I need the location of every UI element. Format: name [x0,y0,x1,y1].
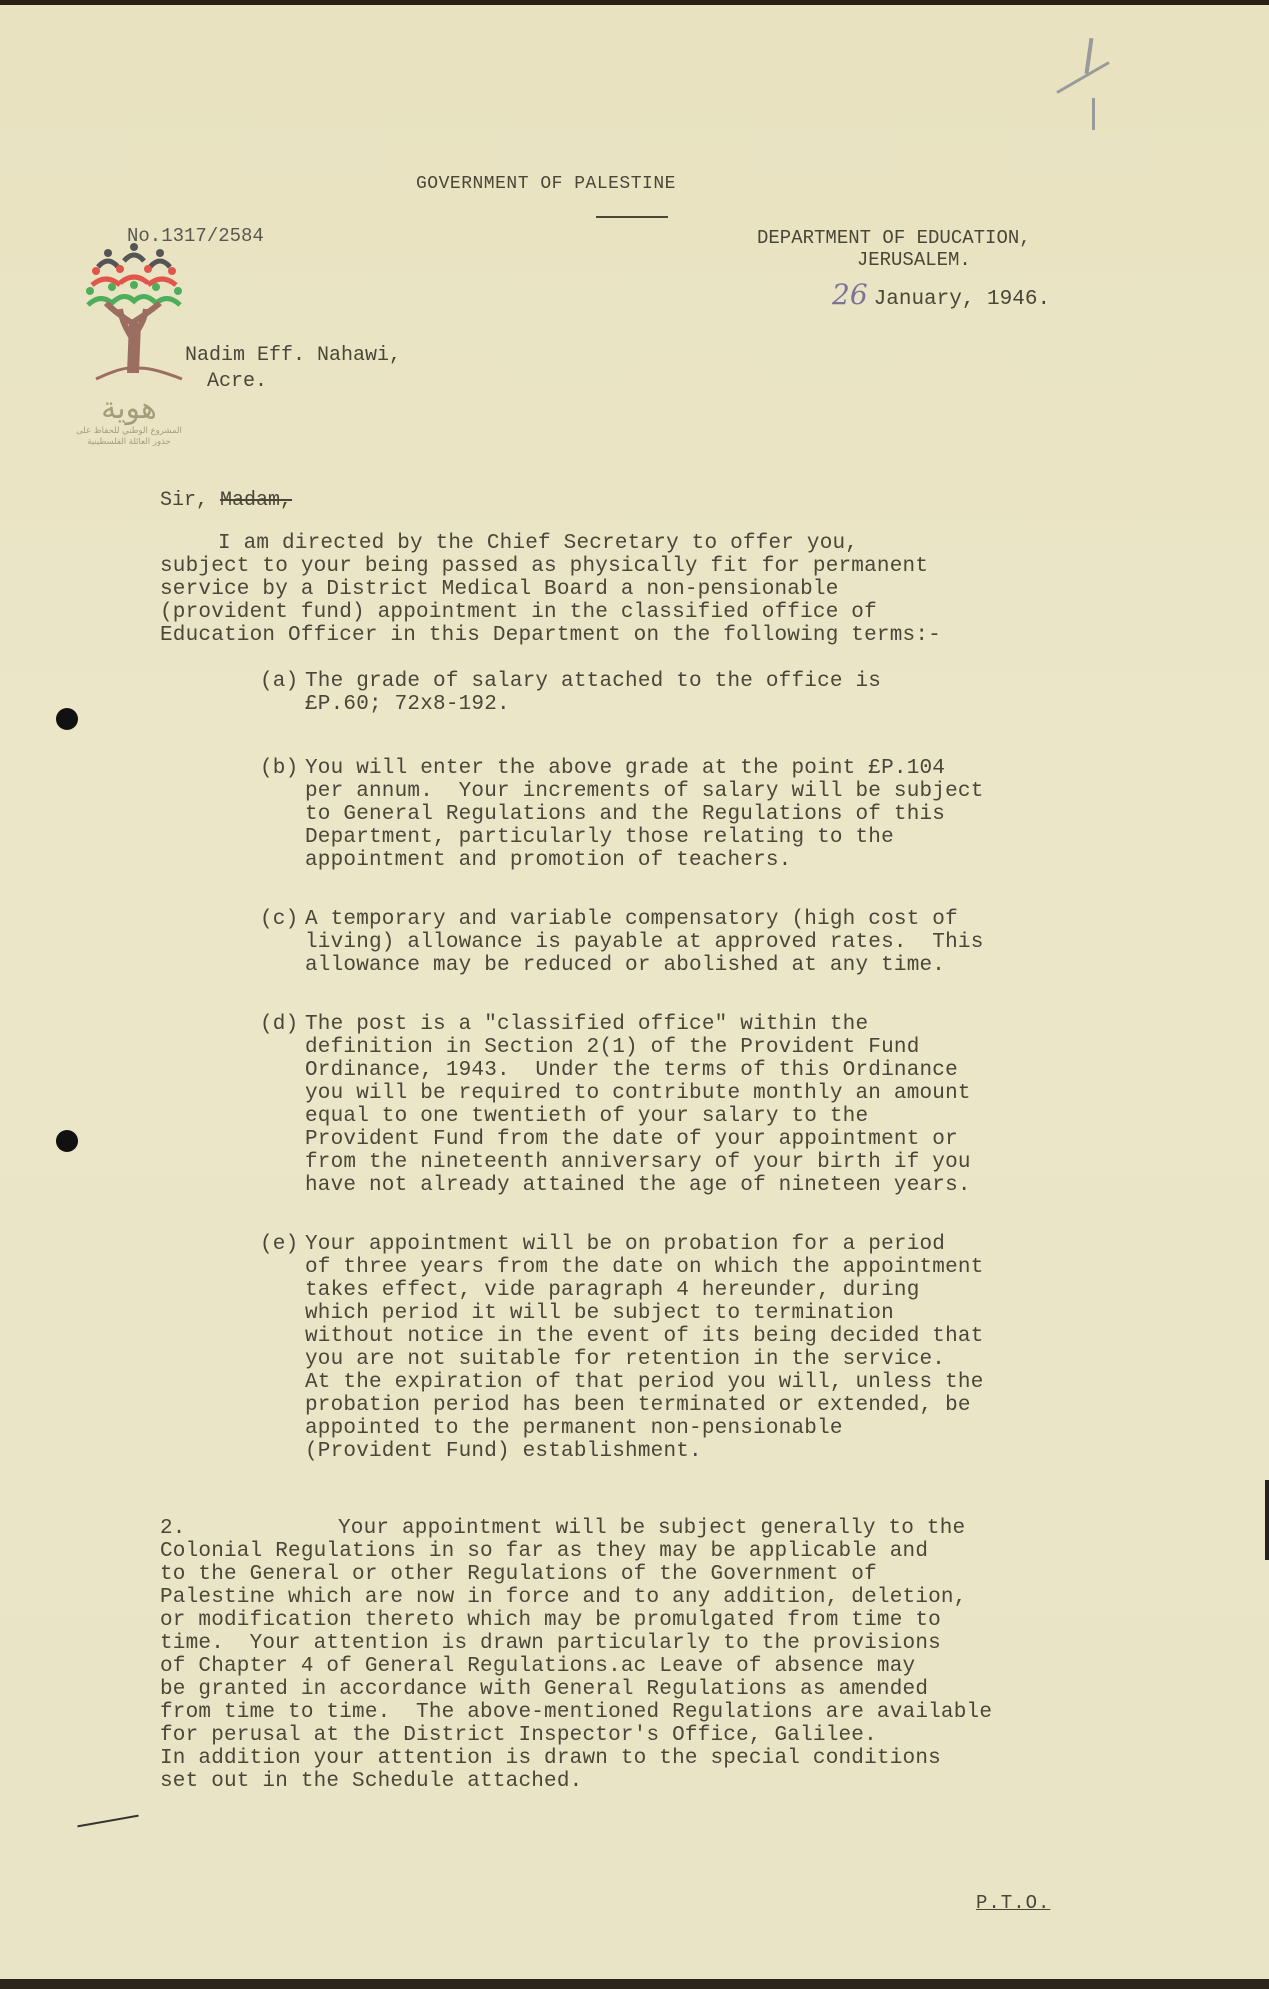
paragraph-line: Palestine which are now in force and to … [160,1586,967,1609]
term-line: Department, particularly those relating … [305,826,894,849]
paragraph-line: time. Your attention is drawn particular… [160,1632,941,1655]
term-line: of three years from the date on which th… [305,1256,984,1279]
term-line: which period it will be subject to termi… [305,1302,894,1325]
term-line: appointment and promotion of teachers. [305,849,791,872]
term-label: (c) [260,908,298,931]
intro-line: Education Officer in this Department on … [160,624,941,647]
term-label: (e) [260,1233,298,1256]
watermark-line-2: جذور العائلة الفلسطينية [64,437,194,448]
term-line: Your appointment will be on probation fo… [305,1233,945,1256]
salutation: Sir, Madam, [160,489,292,512]
letterhead-title: GOVERNMENT OF PALESTINE [416,174,676,194]
salutation-kept: Sir, [160,489,208,512]
department-name: DEPARTMENT OF EDUCATION, [757,227,1031,249]
intro-line: I am directed by the Chief Secretary to … [218,532,858,555]
paragraph-line: for perusal at the District Inspector's … [160,1724,877,1747]
pen-mark [1085,38,1094,74]
paragraph-line: set out in the Schedule attached. [160,1770,582,1793]
paragraph-line: Your appointment will be subject general… [338,1517,965,1540]
term-line: A temporary and variable compensatory (h… [305,908,958,931]
letterhead-rule [596,216,668,218]
term-line: equal to one twentieth of your salary to… [305,1105,868,1128]
intro-line: service by a District Medical Board a no… [160,578,839,601]
family-tree-logo-icon [86,243,196,383]
term-line: living) allowance is payable at approved… [305,931,984,954]
typed-date: January, 1946. [874,288,1050,311]
watermark-line-1: المشروع الوطني للحفاظ على [64,426,194,437]
paragraph-line: from time to time. The above-mentioned R… [160,1701,992,1724]
handwritten-day: 26 [832,278,868,311]
watermark-title: هوية [64,392,194,426]
term-line: from the nineteenth anniversary of your … [305,1151,971,1174]
term-line: Provident Fund from the date of your app… [305,1128,958,1151]
punch-hole [56,708,78,730]
term-line: (Provident Fund) establishment. [305,1440,702,1463]
term-line: At the expiration of that period you wil… [305,1371,984,1394]
scan-top-edge [0,0,1269,5]
term-label: (d) [260,1013,298,1036]
addressee-block: Nadim Eff. Nahawi, Acre. [185,343,401,395]
term-line: The grade of salary attached to the offi… [305,670,881,693]
term-line: definition in Section 2(1) of the Provid… [305,1036,920,1059]
term-label: (b) [260,757,298,780]
paragraph-line: or modification thereto which may be pro… [160,1609,941,1632]
term-line: have not already attained the age of nin… [305,1174,971,1197]
paragraph-line: Colonial Regulations in so far as they m… [160,1540,928,1563]
paragraph-line: In addition your attention is drawn to t… [160,1747,941,1770]
margin-pen-stroke [77,1815,138,1828]
term-line: allowance may be reduced or abolished at… [305,954,945,977]
term-line: £P.60; 72x8-192. [305,693,510,716]
term-line: you will be required to contribute month… [305,1082,971,1105]
scanned-letter-page: GOVERNMENT OF PALESTINE No.1317/2584 DEP… [0,0,1269,1989]
paragraph-number: 2. [160,1517,186,1540]
paragraph-line: to the General or other Regulations of t… [160,1563,877,1586]
salutation-struck: Madam, [220,489,292,512]
term-line: to General Regulations and the Regulatio… [305,803,945,826]
intro-line: subject to your being passed as physical… [160,555,928,578]
term-line: appointed to the permanent non-pensionab… [305,1417,843,1440]
term-line: takes effect, vide paragraph 4 hereunder… [305,1279,920,1302]
punch-hole [56,1130,78,1152]
pen-mark [1092,98,1095,130]
intro-line: (provident fund) appointment in the clas… [160,601,877,624]
addressee-place: Acre. [185,369,401,395]
scan-bottom-edge [0,1979,1269,1989]
term-line: you are not suitable for retention in th… [305,1348,945,1371]
term-line: per annum. Your increments of salary wil… [305,780,984,803]
term-line: The post is a "classified office" within… [305,1013,868,1036]
watermark-text: هوية المشروع الوطني للحفاظ على جذور العا… [64,392,194,448]
paragraph-line: be granted in accordance with General Re… [160,1678,928,1701]
term-line: Ordinance, 1943. Under the terms of this… [305,1059,958,1082]
department-city: JERUSALEM. [757,249,1031,271]
term-line: without notice in the event of its being… [305,1325,984,1348]
term-label: (a) [260,670,298,693]
addressee-name: Nadim Eff. Nahawi, [185,343,401,369]
pen-mark [1056,61,1109,94]
letter-date: 26January, 1946. [832,278,1050,311]
please-turn-over: P.T.O. [976,1892,1050,1914]
department-block: DEPARTMENT OF EDUCATION, JERUSALEM. [757,227,1031,271]
term-line: You will enter the above grade at the po… [305,757,945,780]
term-line: probation period has been terminated or … [305,1394,971,1417]
paragraph-line: of Chapter 4 of General Regulations.ac L… [160,1655,915,1678]
scan-right-edge-mark [1265,1480,1269,1560]
